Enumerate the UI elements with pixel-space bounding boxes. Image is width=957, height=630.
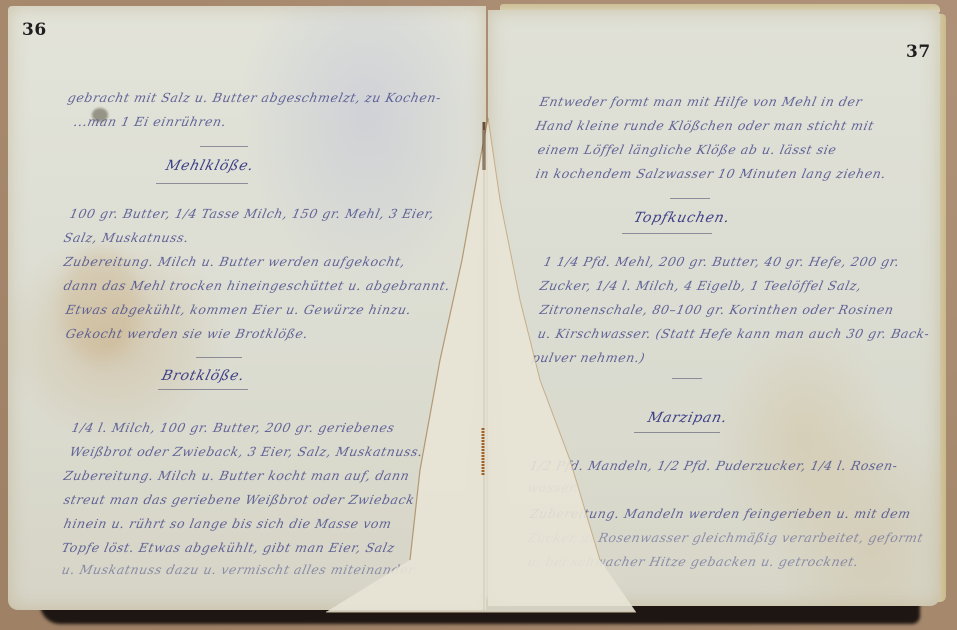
page-number-left: 36 <box>22 20 47 40</box>
ingredient-line: wasser. <box>526 480 580 495</box>
ingredient-line: Salz, Muskatnuss. <box>62 230 190 245</box>
text-line: einem Löffel längliche Klöße ab u. lässt… <box>536 142 838 157</box>
heading-rule-bottom <box>158 389 248 390</box>
text-line: ...man 1 Ei einrühren. <box>72 114 228 129</box>
heading-rule-top <box>200 146 248 147</box>
heading-rule-bottom <box>634 432 720 433</box>
text-line: gebracht mit Salz u. Butter abgeschmelzt… <box>66 90 442 105</box>
heading-rule-bottom <box>156 183 248 184</box>
preparation-line: Zubereitung. Mandeln werden feingerieben… <box>528 506 912 521</box>
ingredient-line: Zucker, 1/4 l. Milch, 4 Eigelb, 1 Teelöf… <box>538 278 863 293</box>
recipe-title-topfkuchen: Topfkuchen. <box>632 210 732 226</box>
heading-rule-top <box>196 357 242 358</box>
recipe-title-marzipan: Marzipan. <box>646 410 729 426</box>
ingredient-line: pulver nehmen.) <box>530 350 646 365</box>
heading-rule-bottom <box>622 233 712 234</box>
heading-rule-top <box>672 378 702 379</box>
recipe-title-mehlkloesse: Mehlklöße. <box>164 158 256 174</box>
ingredient-line: 1/2 Pfd. Mandeln, 1/2 Pfd. Puderzucker, … <box>528 458 899 473</box>
text-line: Hand kleine runde Klößchen oder man stic… <box>534 118 875 133</box>
text-line: in kochendem Salzwasser 10 Minuten lang … <box>534 166 887 181</box>
preparation-line: u. Muskatnuss dazu u. vermischt alles mi… <box>60 562 419 577</box>
recipe-title-brotkloesse: Brotklöße. <box>160 368 247 384</box>
preparation-line: Etwas abgekühlt, kommen Eier u. Gewürze … <box>64 302 412 317</box>
ingredient-line: 1/4 l. Milch, 100 gr. Butter, 200 gr. ge… <box>70 420 396 435</box>
ingredient-line: 100 gr. Butter, 1/4 Tasse Milch, 150 gr.… <box>68 206 436 221</box>
preparation-line: Zubereitung. Milch u. Butter werden aufg… <box>62 254 407 269</box>
preparation-line: dann das Mehl trocken hineingeschüttet u… <box>62 278 451 293</box>
page-number-right: 37 <box>906 42 931 62</box>
preparation-line: streut man das geriebene Weißbrot oder Z… <box>62 492 416 507</box>
preparation-line: Gekocht werden sie wie Brotklöße. <box>64 326 309 341</box>
ingredient-line: Zitronenschale, 80–100 gr. Korinthen ode… <box>538 302 895 317</box>
preparation-line: Topfe löst. Etwas abgekühlt, gibt man Ei… <box>60 540 396 555</box>
text-line: Entweder formt man mit Hilfe von Mehl in… <box>538 94 864 109</box>
preparation-line: u. bei schwacher Hitze gebacken u. getro… <box>526 554 860 569</box>
heading-rule-top <box>670 198 710 199</box>
ingredient-line: Weißbrot oder Zwieback, 3 Eier, Salz, Mu… <box>68 444 424 459</box>
preparation-line: hinein u. rührt so lange bis sich die Ma… <box>62 516 393 531</box>
ingredient-line: u. Kirschwasser. (Statt Hefe kann man au… <box>536 326 931 341</box>
preparation-line: Zubereitung. Milch u. Butter kocht man a… <box>62 468 411 483</box>
preparation-line: Zucker u. Rosenwasser gleichmäßig verarb… <box>526 530 925 545</box>
ingredient-line: 1 1/4 Pfd. Mehl, 200 gr. Butter, 40 gr. … <box>542 254 901 269</box>
